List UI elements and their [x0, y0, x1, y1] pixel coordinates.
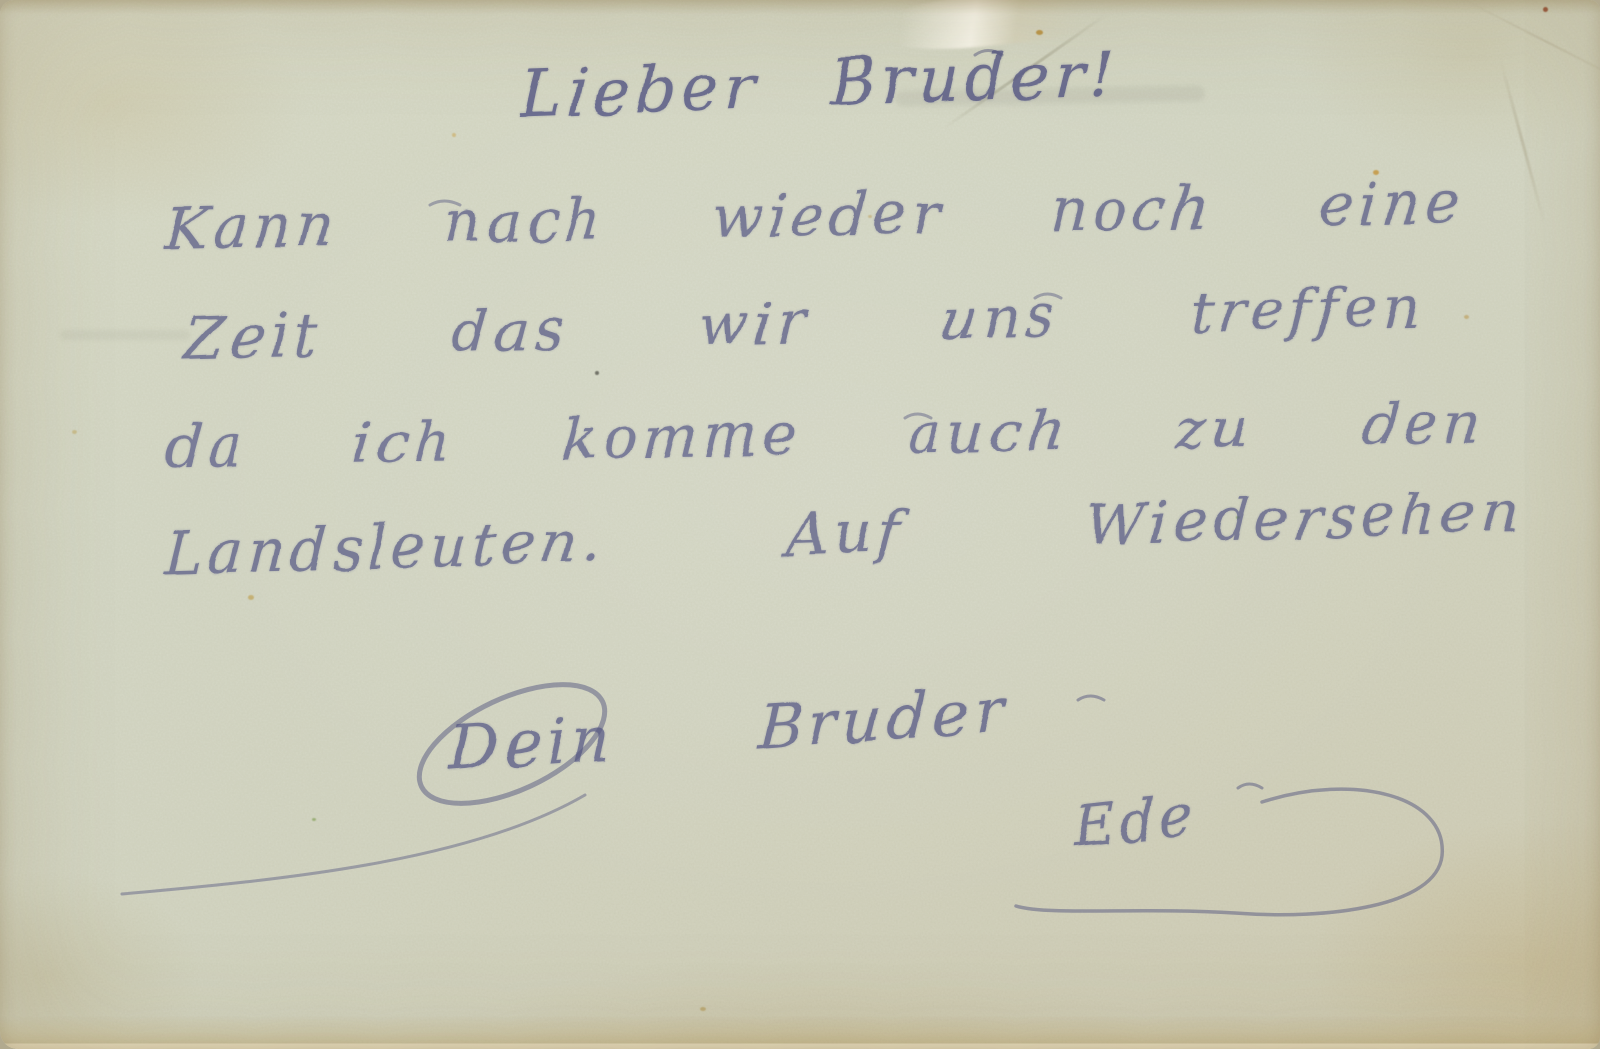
- body-line-1: Kann nach wieder noch eine: [163, 168, 1467, 263]
- signature: Ede: [1075, 782, 1196, 860]
- closing-line: Dein Bruder: [449, 673, 1010, 785]
- body-line-4: Landsleuten. Auf Wiedersehen: [163, 477, 1526, 588]
- handwritten-message: Lieber Bruder! Kann nach wieder noch ein…: [0, 0, 1600, 1049]
- body-line-2: Zeit das wir uns treffen: [183, 272, 1427, 373]
- postcard-back: Lieber Bruder! Kann nach wieder noch ein…: [0, 0, 1600, 1049]
- salutation-line: Lieber Bruder!: [519, 37, 1121, 132]
- body-line-3: da ich komme auch zu den: [163, 389, 1488, 480]
